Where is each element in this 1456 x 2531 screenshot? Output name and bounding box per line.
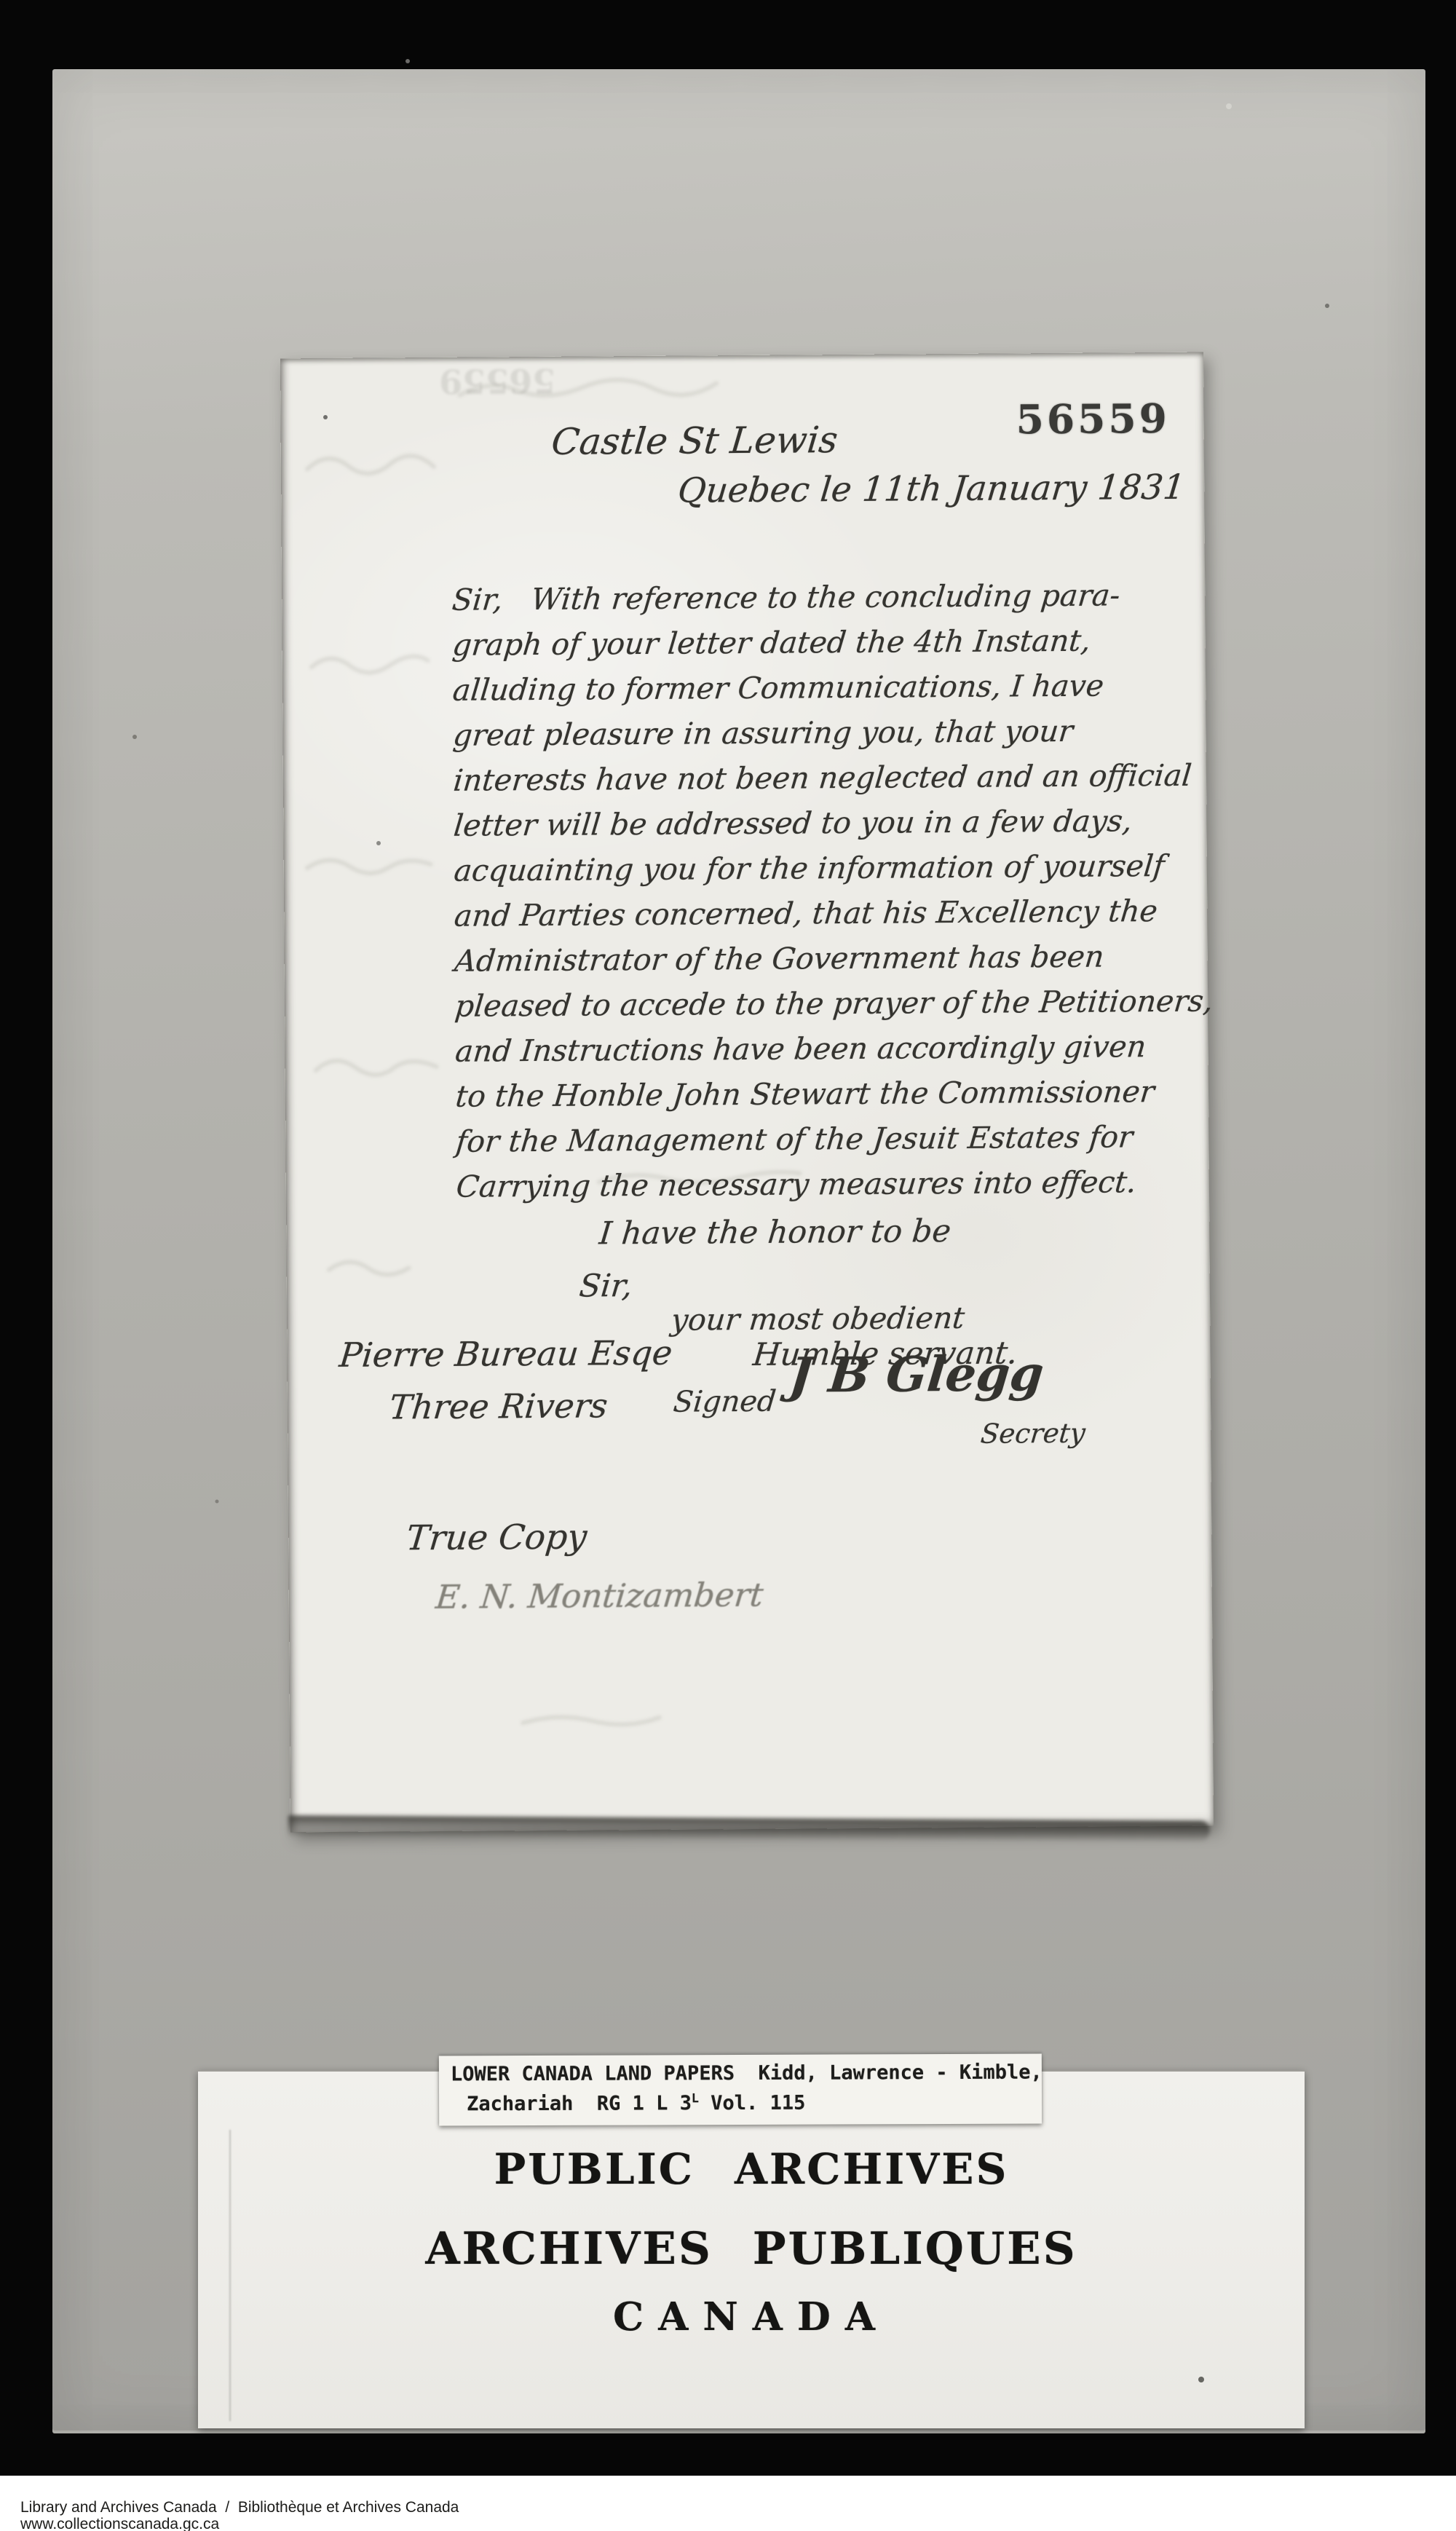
letter-body-line: interests have not been neglected and an… <box>451 753 1191 803</box>
letter-body-line: and Parties concerned, that his Excellen… <box>452 888 1192 939</box>
letter-body: Sir, With reference to the concluding pa… <box>452 572 1192 1209</box>
card-crease-line <box>229 2130 231 2421</box>
letter-body-line: acquainting you for the information of y… <box>452 843 1192 893</box>
archives-card-country: CANADA <box>198 2294 1305 2340</box>
letter-body-line: graph of your letter dated the 4th Insta… <box>451 617 1190 668</box>
letter-body-line: alluding to former Communications, I hav… <box>451 663 1190 713</box>
reference-label-line2: Zachariah RG 1 L 3L Vol. 115 <box>467 2090 805 2116</box>
letter-body-line: great pleasure in assuring you, that you… <box>451 708 1191 758</box>
letter-body-line: Administrator of the Government has been <box>453 933 1192 984</box>
true-copy-note: True Copy <box>405 1517 589 1559</box>
reference-label-line1: LOWER CANADA LAND PAPERS Kidd, Lawrence … <box>451 2061 1042 2086</box>
valediction-line: Sir, <box>577 1268 634 1305</box>
letter-body-line: to the Honble John Stewart the Commissio… <box>454 1069 1193 1119</box>
certifier-signature: E. N. Montizambert <box>434 1576 765 1616</box>
archival-scan-page: 56559 56559 Castle St Lewis Quebec le 11… <box>0 0 1456 2531</box>
valediction-line: I have the honor to be <box>598 1213 953 1252</box>
letter-body-line: letter will be addressed to you in a few… <box>451 798 1191 848</box>
letter-body-line: Sir, With reference to the concluding pa… <box>450 572 1190 623</box>
letter-page: 56559 56559 Castle St Lewis Quebec le 11… <box>280 352 1214 1833</box>
archives-card-title-fr: ARCHIVES PUBLIQUES <box>198 2223 1305 2275</box>
signature-prefix: Signed <box>672 1385 778 1419</box>
letter-body-line: pleased to accede to the prayer of the P… <box>453 979 1192 1029</box>
archives-card-title-en: PUBLIC ARCHIVES <box>198 2144 1305 2194</box>
letter-body-line: for the Management of the Jesuit Estates… <box>454 1114 1193 1164</box>
signature-name: J B Glegg <box>787 1345 1046 1403</box>
footer-institution-text: Library and Archives Canada / Bibliothèq… <box>20 2499 459 2516</box>
signature-title: Secrety <box>979 1418 1087 1450</box>
page-number-stamp: 56559 <box>1016 395 1170 443</box>
page-number-stamp-bleedthrough: 56559 <box>417 361 555 401</box>
footer-url-text: www.collectionscanada.gc.ca <box>20 2516 219 2531</box>
letter-place-heading: Castle St Lewis <box>550 419 839 463</box>
letter-body-line: and Instructions have been accordingly g… <box>454 1024 1193 1074</box>
valediction-line: your most obedient <box>670 1300 966 1338</box>
reference-superscript: L <box>692 2090 699 2105</box>
letter-dateline: Quebec le 11th January 1831 <box>676 467 1187 511</box>
addressee-name: Pierre Bureau Esqe <box>338 1333 674 1375</box>
addressee-place: Three Rivers <box>387 1386 609 1426</box>
typed-reference-label: LOWER CANADA LAND PAPERS Kidd, Lawrence … <box>439 2054 1042 2126</box>
letter-body-line: Carrying the necessary measures into eff… <box>454 1159 1194 1209</box>
